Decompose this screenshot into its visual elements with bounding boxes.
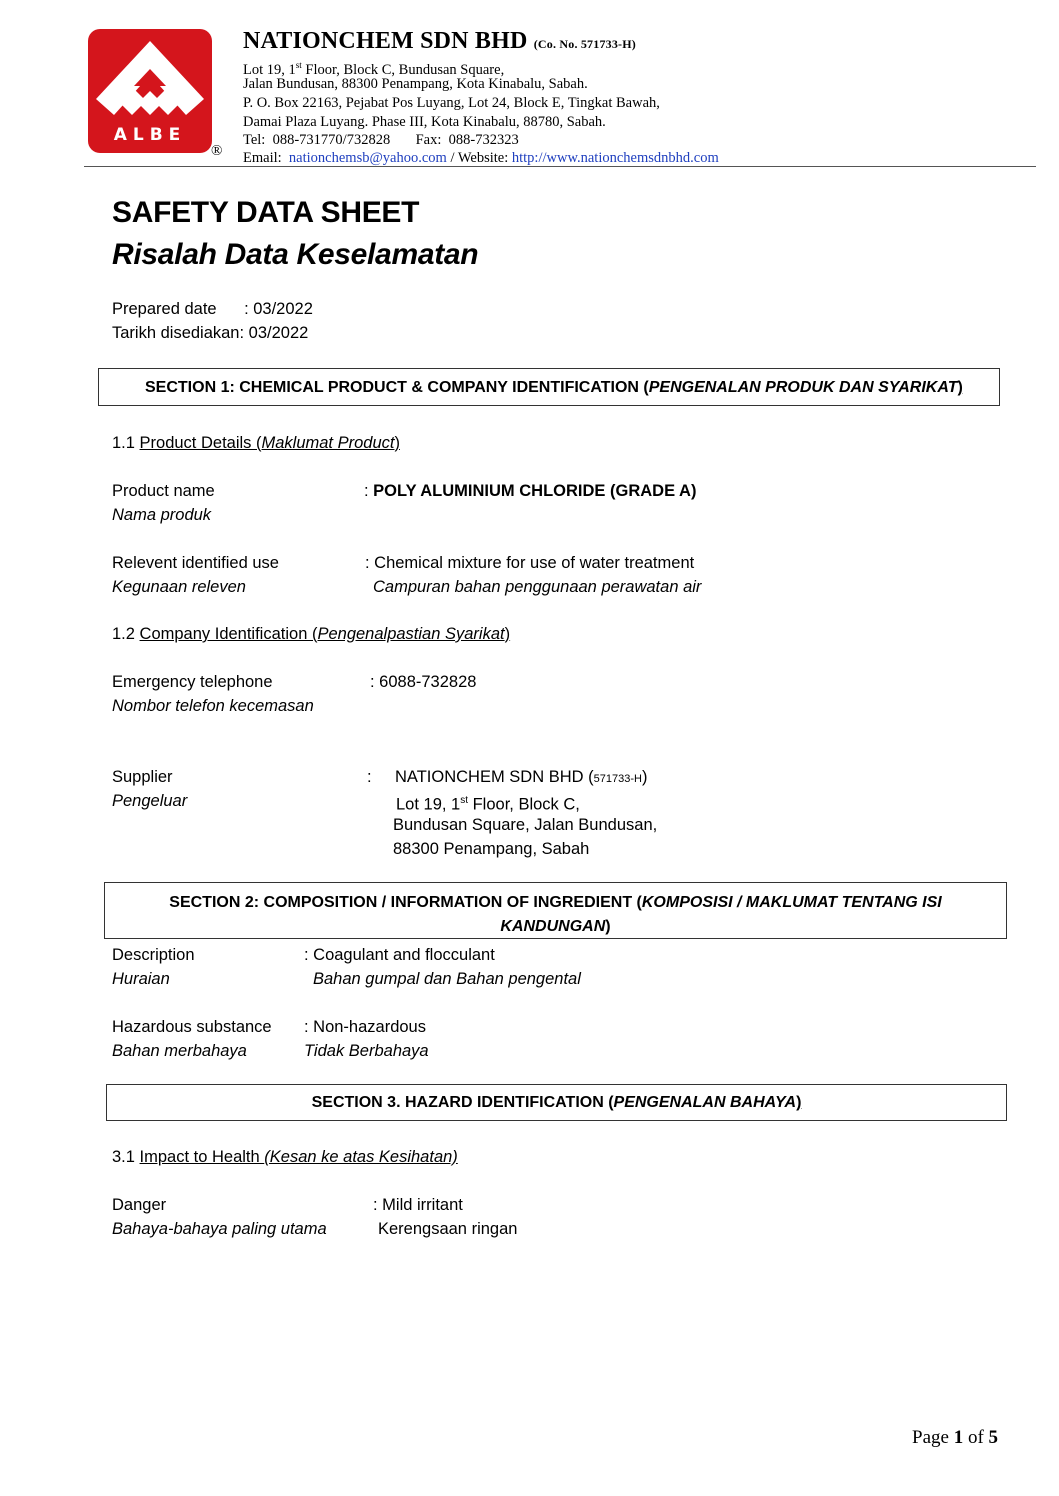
subsection-3-1: 3.1 Impact to Health (Kesan ke atas Kesi… bbox=[112, 1145, 458, 1169]
page-of: of bbox=[963, 1427, 988, 1448]
fax-value: 088-732323 bbox=[449, 132, 519, 148]
email-link[interactable]: nationchemsb@yahoo.com bbox=[289, 150, 447, 166]
section-1-header: SECTION 1: CHEMICAL PRODUCT & COMPANY ID… bbox=[98, 368, 1000, 406]
use-label: Relevent identified use bbox=[112, 551, 279, 575]
description-value-malay: Bahan gumpal dan Bahan pengental bbox=[313, 967, 581, 991]
supplier-name-text: NATIONCHEM SDN BHD ( bbox=[395, 768, 594, 786]
website-label: / Website: bbox=[447, 150, 512, 166]
product-name: POLY ALUMINIUM CHLORIDE (GRADE A) bbox=[373, 482, 696, 500]
subsection-title-end: ) bbox=[505, 625, 511, 643]
description-value: : Coagulant and flocculant bbox=[304, 943, 495, 967]
subsection-title: Product Details (Maklumat Product) bbox=[140, 434, 400, 452]
emergency-label: Emergency telephone bbox=[112, 670, 273, 694]
section-1-title-end: ) bbox=[957, 379, 962, 396]
subsection-title-end: ) bbox=[394, 434, 400, 452]
subsection-number: 1.1 bbox=[112, 434, 140, 452]
section-2-title-end: ) bbox=[605, 918, 610, 935]
supplier-name-end: ) bbox=[642, 768, 648, 786]
section-2-header: SECTION 2: COMPOSITION / INFORMATION OF … bbox=[104, 882, 1007, 939]
subsection-number: 3.1 bbox=[112, 1148, 140, 1166]
supplier-address-2: Bundusan Square, Jalan Bundusan, bbox=[393, 813, 657, 837]
section-3-title-end: ) bbox=[796, 1094, 801, 1111]
addr-part: Lot 19, 1 bbox=[396, 796, 460, 814]
email-label: Email: bbox=[243, 150, 282, 166]
subsection-title-my: Pengenalpastian Syarikat bbox=[317, 625, 504, 643]
section-3-title: SECTION 3. HAZARD IDENTIFICATION ( bbox=[312, 1094, 614, 1111]
use-value: : Chemical mixture for use of water trea… bbox=[365, 551, 694, 575]
page-title: SAFETY DATA SHEET bbox=[112, 196, 419, 230]
product-name-value: : POLY ALUMINIUM CHLORIDE (GRADE A) bbox=[364, 479, 696, 503]
subsection-title-en: Impact to Health bbox=[140, 1148, 265, 1166]
subsection-title-my: Maklumat Product bbox=[262, 434, 395, 452]
address-line-2: Jalan Bundusan, 88300 Penampang, Kota Ki… bbox=[243, 75, 588, 94]
subsection-1-1: 1.1 Product Details (Maklumat Product) bbox=[112, 431, 400, 455]
section-3-header: SECTION 3. HAZARD IDENTIFICATION (PENGEN… bbox=[106, 1084, 1007, 1121]
subsection-title-en: Company Identification ( bbox=[140, 625, 318, 643]
subsection-1-2: 1.2 Company Identification (Pengenalpast… bbox=[112, 622, 510, 646]
addr-part: Floor, Block C, bbox=[468, 796, 580, 814]
danger-value-malay: Kerengsaan ringan bbox=[378, 1217, 517, 1241]
section-1-title: SECTION 1: CHEMICAL PRODUCT & COMPANY ID… bbox=[145, 379, 649, 396]
description-label: Description bbox=[112, 943, 195, 967]
product-name-label-malay: Nama produk bbox=[112, 503, 211, 527]
emergency-label-malay: Nombor telefon kecemasan bbox=[112, 694, 314, 718]
colon: : bbox=[364, 482, 373, 500]
addr-sup: st bbox=[460, 795, 468, 806]
danger-label: Danger bbox=[112, 1193, 166, 1217]
subsection-title-my: (Kesan ke atas Kesihatan) bbox=[264, 1148, 458, 1166]
supplier-name: NATIONCHEM SDN BHD (571733-H) bbox=[395, 765, 647, 791]
hazard-label-malay: Bahan merbahaya bbox=[112, 1039, 247, 1063]
company-number: (Co. No. 571733-H) bbox=[534, 37, 636, 51]
contact-phone-fax: Tel: 088-731770/732828 Fax: 088-732323 bbox=[243, 131, 519, 150]
page-prefix: Page bbox=[912, 1427, 954, 1448]
hazard-label: Hazardous substance bbox=[112, 1015, 272, 1039]
company-name: NATIONCHEM SDN BHD (Co. No. 571733-H) bbox=[243, 28, 636, 55]
supplier-colon: : bbox=[367, 765, 372, 789]
address-line-4: Damai Plaza Luyang. Phase III, Kota Kina… bbox=[243, 113, 606, 132]
prepared-date-malay: Tarikh disediakan: 03/2022 bbox=[112, 321, 308, 345]
danger-value: : Mild irritant bbox=[373, 1193, 463, 1217]
fax-label: Fax: bbox=[416, 132, 442, 148]
hazard-value-malay: Tidak Berbahaya bbox=[304, 1039, 429, 1063]
subsection-title-en: Product Details ( bbox=[140, 434, 262, 452]
description-label-malay: Huraian bbox=[112, 967, 170, 991]
prepared-date: Prepared date : 03/2022 bbox=[112, 297, 313, 321]
use-value-malay: Campuran bahan penggunaan perawatan air bbox=[373, 575, 701, 599]
page-current: 1 bbox=[954, 1427, 964, 1448]
supplier-label-malay: Pengeluar bbox=[112, 789, 187, 813]
use-label-malay: Kegunaan releven bbox=[112, 575, 246, 599]
product-name-label: Product name bbox=[112, 479, 215, 503]
page-title-malay: Risalah Data Keselamatan bbox=[112, 238, 478, 272]
tel-value: 088-731770/732828 bbox=[273, 132, 391, 148]
section-1-title-malay: PENGENALAN PRODUK DAN SYARIKAT bbox=[649, 379, 958, 396]
logo-text: ALBE bbox=[88, 125, 212, 145]
subsection-title: Impact to Health (Kesan ke atas Kesihata… bbox=[140, 1148, 458, 1166]
subsection-title: Company Identification (Pengenalpastian … bbox=[140, 625, 511, 643]
section-3-title-malay: PENGENALAN BAHAYA bbox=[614, 1094, 797, 1111]
subsection-number: 1.2 bbox=[112, 625, 140, 643]
danger-label-malay: Bahaya-bahaya paling utama bbox=[112, 1217, 327, 1241]
albe-logo: ALBE bbox=[88, 29, 212, 153]
emergency-value: : 6088-732828 bbox=[370, 670, 476, 694]
hazard-value: : Non-hazardous bbox=[304, 1015, 426, 1039]
address-line-3: P. O. Box 22163, Pejabat Pos Luyang, Lot… bbox=[243, 94, 660, 113]
page-total: 5 bbox=[989, 1427, 999, 1448]
supplier-reg-no: 571733-H bbox=[594, 773, 642, 785]
page-number: Page 1 of 5 bbox=[912, 1427, 998, 1449]
company-name-text: NATIONCHEM SDN BHD bbox=[243, 28, 528, 54]
tel-label: Tel: bbox=[243, 132, 265, 148]
website-link[interactable]: http://www.nationchemsdnbhd.com bbox=[512, 150, 719, 166]
supplier-address-3: 88300 Penampang, Sabah bbox=[393, 837, 589, 861]
supplier-label: Supplier bbox=[112, 765, 173, 789]
header-divider bbox=[84, 166, 1036, 167]
section-2-title: SECTION 2: COMPOSITION / INFORMATION OF … bbox=[169, 894, 642, 911]
registered-mark: ® bbox=[211, 143, 222, 160]
